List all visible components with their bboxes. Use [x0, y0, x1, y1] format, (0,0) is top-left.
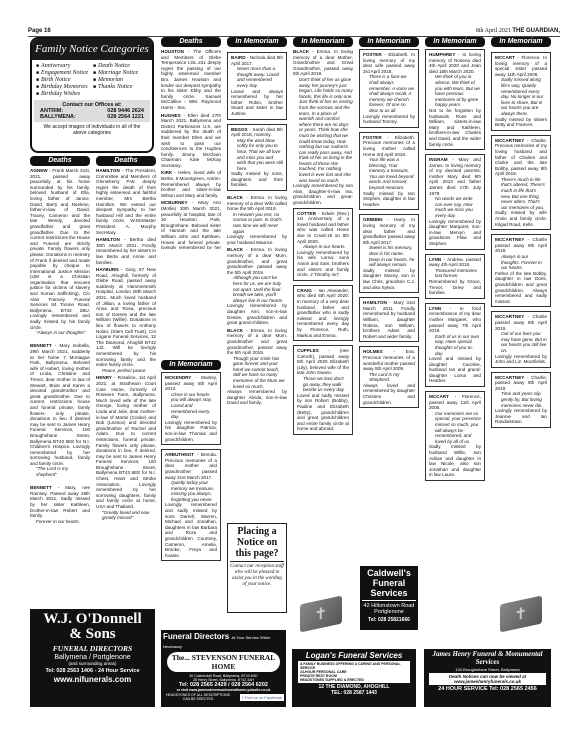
notice: FOSTER - Elizabeth. Precious memories of…	[359, 132, 419, 211]
notice-ending: Lovingly remembered by husband Tommy.	[363, 114, 415, 125]
wj-places: Ballymena / Portglenone	[33, 654, 152, 661]
notice-name: MCCARTNEY	[495, 237, 524, 242]
wj-title: FUNERAL DIRECTORS	[33, 644, 152, 653]
notice-verse: Don't think of her as gone away, her jou…	[293, 77, 353, 183]
notice: BAIRD - Nichola died 6th April 2017.Neve…	[227, 52, 287, 120]
notice-text: - Edwin (Rev.) 1st Anniversary of a love…	[297, 211, 349, 244]
memoriam-heading: In Memoriam	[161, 360, 221, 370]
notice-name: HAYBURN	[96, 267, 119, 272]
notice-verse: Out of our lives you may have gone, But …	[495, 331, 547, 353]
notice-verse: Each of us in our own way, Have special …	[429, 334, 481, 356]
notice-ending: Lovingly remembered and sadly missed by …	[165, 502, 217, 557]
notice-name: MCCARTNEY	[495, 375, 524, 380]
notice-verse: "Always in our thoughts"	[30, 330, 90, 336]
caldwell-address: 42 Hiltonstown Road Portglenone	[362, 600, 416, 615]
notice-name: HAMILTON	[96, 168, 120, 173]
notice-name: BLACK	[227, 247, 243, 252]
category-item: Thanks Notice	[93, 84, 148, 90]
placing-notice-title: Placing a Notice on this page?	[230, 526, 284, 559]
notice-name: CUPPLES	[297, 348, 319, 353]
notice-verse: "The Lord is my shepherd"	[30, 466, 90, 477]
notice-verse: Sadly missed along life's way, Quietly r…	[495, 77, 547, 116]
notice-ending: Loved and always remembered by her fathe…	[231, 89, 283, 116]
category-item: Marriage Notice	[93, 70, 148, 76]
notice-name: KIRK	[161, 170, 172, 175]
stevenson-headstones: HEADSTONES OF ALL DESCRIPTIONS CAN BE ER…	[163, 693, 233, 701]
notice-name: GRIBBIN	[363, 217, 382, 222]
caldwell-name: Caldwell's Funeral Services	[362, 568, 416, 598]
notice-ending: Lovingly remembered by daughter Margaret…	[429, 219, 481, 246]
notice: HENRY - Rosaline, 1st April 2021, at Str…	[96, 375, 156, 520]
wj-name: W.J. O'Donnell	[33, 612, 152, 627]
memoriam-column-5: BLACK - Emma. In loving memory of a dear…	[293, 49, 353, 569]
notice-name: BLACK	[293, 49, 309, 54]
category-item: Birthday Memories	[36, 84, 91, 90]
notice-verse: Close in our hearts you will always stay…	[165, 392, 217, 420]
notice-name: MCCARTNEY	[495, 314, 524, 319]
notice-name: CRAIG	[297, 288, 312, 293]
notice-verse: Peace, perfect peace.	[96, 368, 156, 374]
notice-text: - Ellen died 27th March 2021. Ballymena …	[161, 113, 221, 168]
jh-notice[interactable]: Death Notices can now be viewed at www.j…	[429, 673, 546, 685]
notice-ending: Lovingly remembered by his daughter Patr…	[165, 420, 217, 442]
notice-verse: "Greatly loved and now greatly missed"	[96, 510, 156, 521]
notice-name: BLACK	[227, 195, 243, 200]
notice-verse: There is a face we shall always remember…	[363, 74, 415, 113]
notice: LYNN - Andrew, passed away 4th April 201…	[425, 254, 485, 299]
notice-text: - Mary Isobella, 29th March 2021, sudden…	[30, 343, 90, 465]
service-item: HEADSTONES SUPPLIED & ERECTED	[300, 678, 408, 682]
notice: CUPPLES - (nee Carruth), passed away 5th…	[293, 345, 353, 435]
notice-ending: Not to be forgotten by husbands Ross and…	[429, 108, 481, 147]
placing-notice-body: Contact our reception staff who will be …	[230, 561, 284, 588]
stevenson-name: The... STEVENSON FUNERAL HOME	[167, 652, 280, 672]
facebook-label: Find us on Facebook	[245, 695, 282, 700]
notice-name: HUMPHREY	[429, 52, 455, 57]
notice-verse: Quietly today your memory we treasure, m…	[165, 480, 217, 502]
notice: HAYBURN - Gary, 67 New Road, Ahoghill, f…	[96, 267, 156, 373]
notice-ending: Lovingly remembered by daughter Ann, son…	[227, 303, 287, 325]
notice-ending: Sadly missed by sisters Betty and France…	[495, 117, 547, 128]
notice-name: MCCART	[429, 394, 449, 399]
notice-name: HENRY	[96, 375, 112, 380]
category-item: Memorian	[93, 77, 148, 83]
memoriam-heading: In Memoriam	[359, 37, 419, 47]
notice-text: - Rosaline, 1st April 2021, at Strathear…	[96, 375, 156, 509]
bible-icon	[300, 596, 342, 633]
wj-odonnell-ad: W.J. O'Donnell & Sons FUNERAL DIRECTORS …	[30, 609, 155, 707]
logans-ad: Logan's Funeral Services A FAMILY BUSINE…	[292, 649, 416, 707]
memoriam-column-8: MCCART - Florence. In loving memory of a…	[491, 52, 551, 587]
notice-verse: Time and years slip gently by, But lovin…	[495, 391, 547, 408]
notice-verse: Sweet is his memory, dear is his name, D…	[363, 245, 415, 267]
memoriam-heading: In Memoriam	[491, 37, 551, 47]
bible-icon	[500, 596, 542, 633]
james-henry-ad: James Henry Funeral & Monumental Service…	[424, 649, 551, 707]
notice-ending: Lovingly remembered by his wife Lorna, s…	[297, 250, 349, 277]
notice-text: - Frank March 31st, 2021, passed away pe…	[30, 168, 90, 330]
memoriam-column-4: BAIRD - Nichola died 6th April 2017.Neve…	[227, 52, 287, 427]
notice-name: HAMILTON	[96, 237, 120, 242]
notice-name: COTTER	[297, 211, 316, 216]
family-notice-categories: Family Notice Categories Anniversary Dea…	[30, 37, 154, 153]
notice: MCCARTNEY - Charlie passed away 8th Apri…	[491, 311, 551, 367]
deaths-heading: Deaths	[30, 156, 90, 166]
notice-text: - Mary and James. In loving memory of my…	[429, 157, 481, 196]
notice-name: HAMILTON	[363, 300, 387, 305]
notice: KIRK - Helen, loved wife of Bertie, 5 Mo…	[161, 170, 221, 198]
facebook-button[interactable]: f Find us on Facebook	[240, 694, 284, 701]
notice-verse: In Heaven you rest, no sorrow or pain. I…	[227, 212, 287, 234]
notice-ending: Sadly missed by sons, daughters and thei…	[231, 171, 283, 187]
logans-name: Logan's Funeral Services	[294, 651, 414, 660]
notice-verse: The Lord is my Shepherd.	[363, 372, 415, 383]
notice-name: FOSTER	[363, 135, 382, 140]
office-name: BALLYMENA:	[40, 114, 76, 120]
category-item: Death Notice	[93, 63, 148, 69]
caldwell-ad: Caldwell's Funeral Services 42 Hiltonsto…	[360, 566, 418, 630]
notice: GRIBBIN - Harry. In loving memory of my …	[359, 214, 419, 293]
notice-ending: Always loved and remembered by daughter …	[363, 383, 415, 405]
notice-name: LYNN	[429, 306, 441, 311]
office-phone: 028 2564 1221	[107, 114, 144, 120]
notice: COTTER - Edwin (Rev.) 1st Anniversary of…	[293, 208, 353, 281]
notice: HAMILTON - Mary 31st March 2011. Fondly …	[359, 297, 419, 342]
notice-name: MCCART	[495, 55, 515, 60]
notice-name: HUGHES	[161, 113, 181, 118]
notice-ending: Lovingly remembered by son Alan, daughte…	[293, 183, 353, 205]
deaths-column-2: HAMILTON - The President, Committee and …	[96, 168, 156, 576]
category-item: Birth Notice	[36, 77, 91, 83]
notice-name: HOUSTON	[161, 49, 184, 54]
notice: ARBUTHNOT - Brenda. Precious memories of…	[161, 449, 221, 561]
notice: BLACK - Emma. In loving memory of a dear…	[227, 195, 287, 245]
notice-name: INGRAM	[429, 157, 448, 162]
notice-verse: Never more than a thought away. Loved an…	[231, 66, 283, 88]
stevenson-heading: Funeral Directors	[163, 632, 229, 641]
notice: HAMILTON - Bertha died 30th March 2021. …	[96, 237, 156, 265]
notice: BENNETT - Mary, nee Ramsey. Passed away …	[30, 485, 90, 524]
notice: MCCARTNEY - Charlie passed away 8th Apri…	[491, 234, 551, 307]
notice-text: - Charlie. Precious memories of my lovin…	[495, 138, 547, 177]
stevenson-website[interactable]: or visit www.jamesstevensonfuneralhome.y…	[163, 688, 284, 692]
notice-ending: Sadly missed by son Stephen, daughter in…	[363, 191, 415, 207]
notice-name: AGNEW	[30, 168, 48, 173]
notice-text: - Mary Ann (Mollie) 30th March 2021, pea…	[161, 200, 221, 249]
notice-name: ARBUTHNOT	[165, 452, 194, 457]
wj-sons: & Sons	[33, 627, 152, 642]
wj-sub: (and surrounding areas)	[33, 661, 152, 666]
masthead: 8th April 2021 THE GUARDIAN,	[476, 28, 560, 34]
notice: INGRAM - Mary and James. In loving memor…	[425, 154, 485, 250]
notice-verse: We think of you in silence, We think of …	[429, 74, 481, 108]
notice-verse: Always in our thoughts. Forever in our h…	[495, 254, 547, 271]
notice: BEGGS - Sarah died 6th April 2018, mammy…	[227, 124, 287, 192]
service-item: A FAMILY BUSINESS OFFERING A CARING AND …	[300, 662, 408, 670]
notice: BLACK - Emma. In loving memory of a dear…	[227, 328, 287, 406]
wj-website[interactable]: www.nifunerals.com	[33, 675, 152, 684]
contact-offices: Contact our Offices at: ANTRIM:028 9446 …	[34, 100, 150, 122]
deaths-column-3: HOUSTON - The Officers and Members of Gl…	[161, 49, 221, 249]
notice-name: MCCARTNEY	[495, 138, 524, 143]
notice: AGNEW - Frank March 31st, 2021, passed a…	[30, 168, 90, 336]
notice-ending: Loved and missed by daughter Caroline, h…	[429, 356, 481, 383]
notice-name: MCBURNEY	[161, 200, 188, 205]
notice: BENNETT - Mary Isobella, 29th March 2021…	[30, 343, 90, 477]
categories-list: Anniversary Death Notice Engagement Noti…	[32, 60, 152, 97]
stevenson-ad: Funeral Directors At Your Service When N…	[161, 630, 286, 707]
notice-ending: Remembered by Grace, Trevor, Drew and fa…	[429, 279, 481, 295]
page-header: Page 16 8th April 2021 THE GUARDIAN,	[28, 27, 560, 37]
notice: BLACK - Emma. In loving memory of a dear…	[293, 49, 353, 206]
notice: FOSTER - Elizabeth. In loving memory of …	[359, 49, 419, 128]
notice-ending: Always remembered by daughter Alinda, so…	[227, 389, 287, 405]
notice-name: BLACK	[227, 328, 243, 333]
notice: HUMPHREY - In loving memory of Rosena di…	[425, 49, 485, 150]
jh-name: James Henry Funeral & Monumental Service…	[426, 651, 549, 666]
memoriam-column-3: MCKENDRY - Stanley, passed away 8th Apri…	[161, 372, 221, 568]
notice-verse: Your life was a blessing, Your memory a …	[363, 157, 415, 191]
notice-text: - Ian Alexander, who died 6th April 2020…	[297, 288, 349, 338]
notice-name: BENNETT	[30, 343, 52, 348]
caldwell-tel: Tel: 028 25821666	[362, 617, 416, 623]
notice-verse: Our memories are so special, your presen…	[429, 411, 481, 445]
notice: HOUSTON - The Officers and Members of Gl…	[161, 49, 221, 111]
notice: MCKENDRY - Stanley, passed away 8th Apri…	[161, 372, 221, 445]
notice-name: LYNN	[429, 257, 441, 262]
category-item: Engagement Notice	[36, 70, 91, 76]
notice: MCCART - Florence, passed away 11th Apri…	[425, 391, 485, 481]
notice-text: - Mary 31st March 2011. Fondly remembere…	[363, 300, 415, 339]
notice-verse: Although you can't be here for us, we ar…	[227, 275, 287, 303]
notice-name: FOSTER	[363, 52, 382, 57]
memoriam-heading: In Memoriam	[227, 37, 287, 47]
notice-name: HOLMES	[363, 349, 383, 354]
memoriam-column-6: FOSTER - Elizabeth. In loving memory of …	[359, 49, 419, 564]
notice-verse: Those we love don't go away, they walk b…	[297, 376, 349, 393]
notice-verse: May the wind blow softly for only you to…	[231, 138, 283, 172]
notice-ending: Sadly missed by daughter Stacey, son in …	[363, 268, 415, 290]
notice-ending: Loved and sadly missed by son Robert (Bo…	[297, 393, 349, 432]
notice: HOLMES - Eva. Precious memories of a won…	[359, 346, 419, 408]
notice-text: - The Officers and Members of Glebe Temp…	[161, 49, 221, 110]
notice-ending: Sadly missed by husband Willie, son Adri…	[429, 444, 481, 477]
notice-verse: Treasured memories last forever.	[429, 268, 481, 279]
issue-date: 8th April 2021	[476, 28, 511, 34]
notice-ending: Lovingly remembered by Jeannie and Ian R…	[495, 408, 547, 424]
notice-name: MCKENDRY	[165, 375, 191, 380]
memoriam-column-7: HUMPHREY - In loving memory of Rosena di…	[425, 49, 485, 629]
notice: LYNN - In fond remembrance of my dear mo…	[425, 303, 485, 387]
notice-name: BEGGS	[231, 127, 248, 132]
jh-tel: 24 HOUR SERVICE Tel: 028 2565 2456	[426, 686, 549, 692]
logans-services: A FAMILY BUSINESS OFFERING A CARING AND …	[298, 661, 410, 683]
page-number: Page 16	[28, 28, 51, 34]
wj-tel: Tel: 028 2563 1406 - 24 Hour Service	[33, 668, 152, 674]
notice: MCCART - Florence. In loving memory of a…	[491, 52, 551, 131]
office-row: BALLYMENA:028 2564 1221	[40, 114, 144, 120]
notice: HUGHES - Ellen died 27th March 2021. Bal…	[161, 113, 221, 169]
notice-name: BENNETT	[30, 485, 52, 490]
notice: CRAIG - Ian Alexander, who died 6th Apri…	[293, 285, 353, 341]
stevenson-top: Funeral Directors At Your Service When N…	[163, 632, 284, 650]
notice-text: - The President, Committee and Members o…	[96, 168, 156, 235]
deaths-column-1: AGNEW - Frank March 31st, 2021, passed a…	[30, 168, 90, 576]
notice-verse: No words we write can ever say, How much…	[429, 196, 481, 218]
categories-footer: We accept images of individuals in all o…	[32, 122, 152, 138]
notice-text: - Mary, nee Ramsey. Passed away 29th Mar…	[30, 485, 90, 518]
notice-ending: Lovingly remembered by your husband Maur…	[227, 234, 287, 245]
notice: MCCARTNEY - Charlie. Precious memories o…	[491, 135, 551, 231]
notice: BLACK - Emma. In loving memory of a dear…	[227, 247, 287, 325]
placing-notice-box: Placing a Notice on this page? Contact o…	[227, 523, 287, 613]
notice: HAMILTON - The President, Committee and …	[96, 168, 156, 235]
categories-title: Family Notice Categories	[32, 39, 152, 60]
notice-verse: Forever in our hearts.	[30, 519, 90, 525]
deaths-heading: Deaths	[161, 37, 221, 47]
deaths-heading: Deaths	[96, 156, 156, 166]
notice: MCBURNEY - Mary Ann (Mollie) 30th March …	[161, 200, 221, 249]
notice: MCCARTNEY - Charlie, passed away 8th Apr…	[491, 372, 551, 428]
category-item: Anniversary	[36, 63, 91, 69]
notice-name: BAIRD	[231, 55, 246, 60]
notice-ending: Sadly missed by wife Annie and family ci…	[495, 210, 547, 226]
memoriam-heading: In Memoriam	[293, 37, 353, 47]
notice-text: - Gary, 67 New Road, Ahoghill, formerly …	[96, 267, 156, 367]
paper-name: THE GUARDIAN,	[512, 28, 560, 34]
notice-ending: Lovingly remembered by John and Liz. Moo…	[495, 354, 547, 365]
logans-tel: TEL: 028 2587 1443	[294, 690, 414, 696]
category-item: Birthday Wishes	[36, 91, 91, 97]
notice-verse: There's much in life that's altered, The…	[495, 177, 547, 211]
jh-address: 100 Broughshane Street, Ballymena	[426, 667, 549, 672]
notice-verse: Though your smile has gone forever and y…	[227, 356, 287, 390]
notice-ending: Father of the late Bobby, daughter in la…	[495, 271, 547, 304]
memoriam-heading: In Memoriam	[425, 37, 485, 47]
